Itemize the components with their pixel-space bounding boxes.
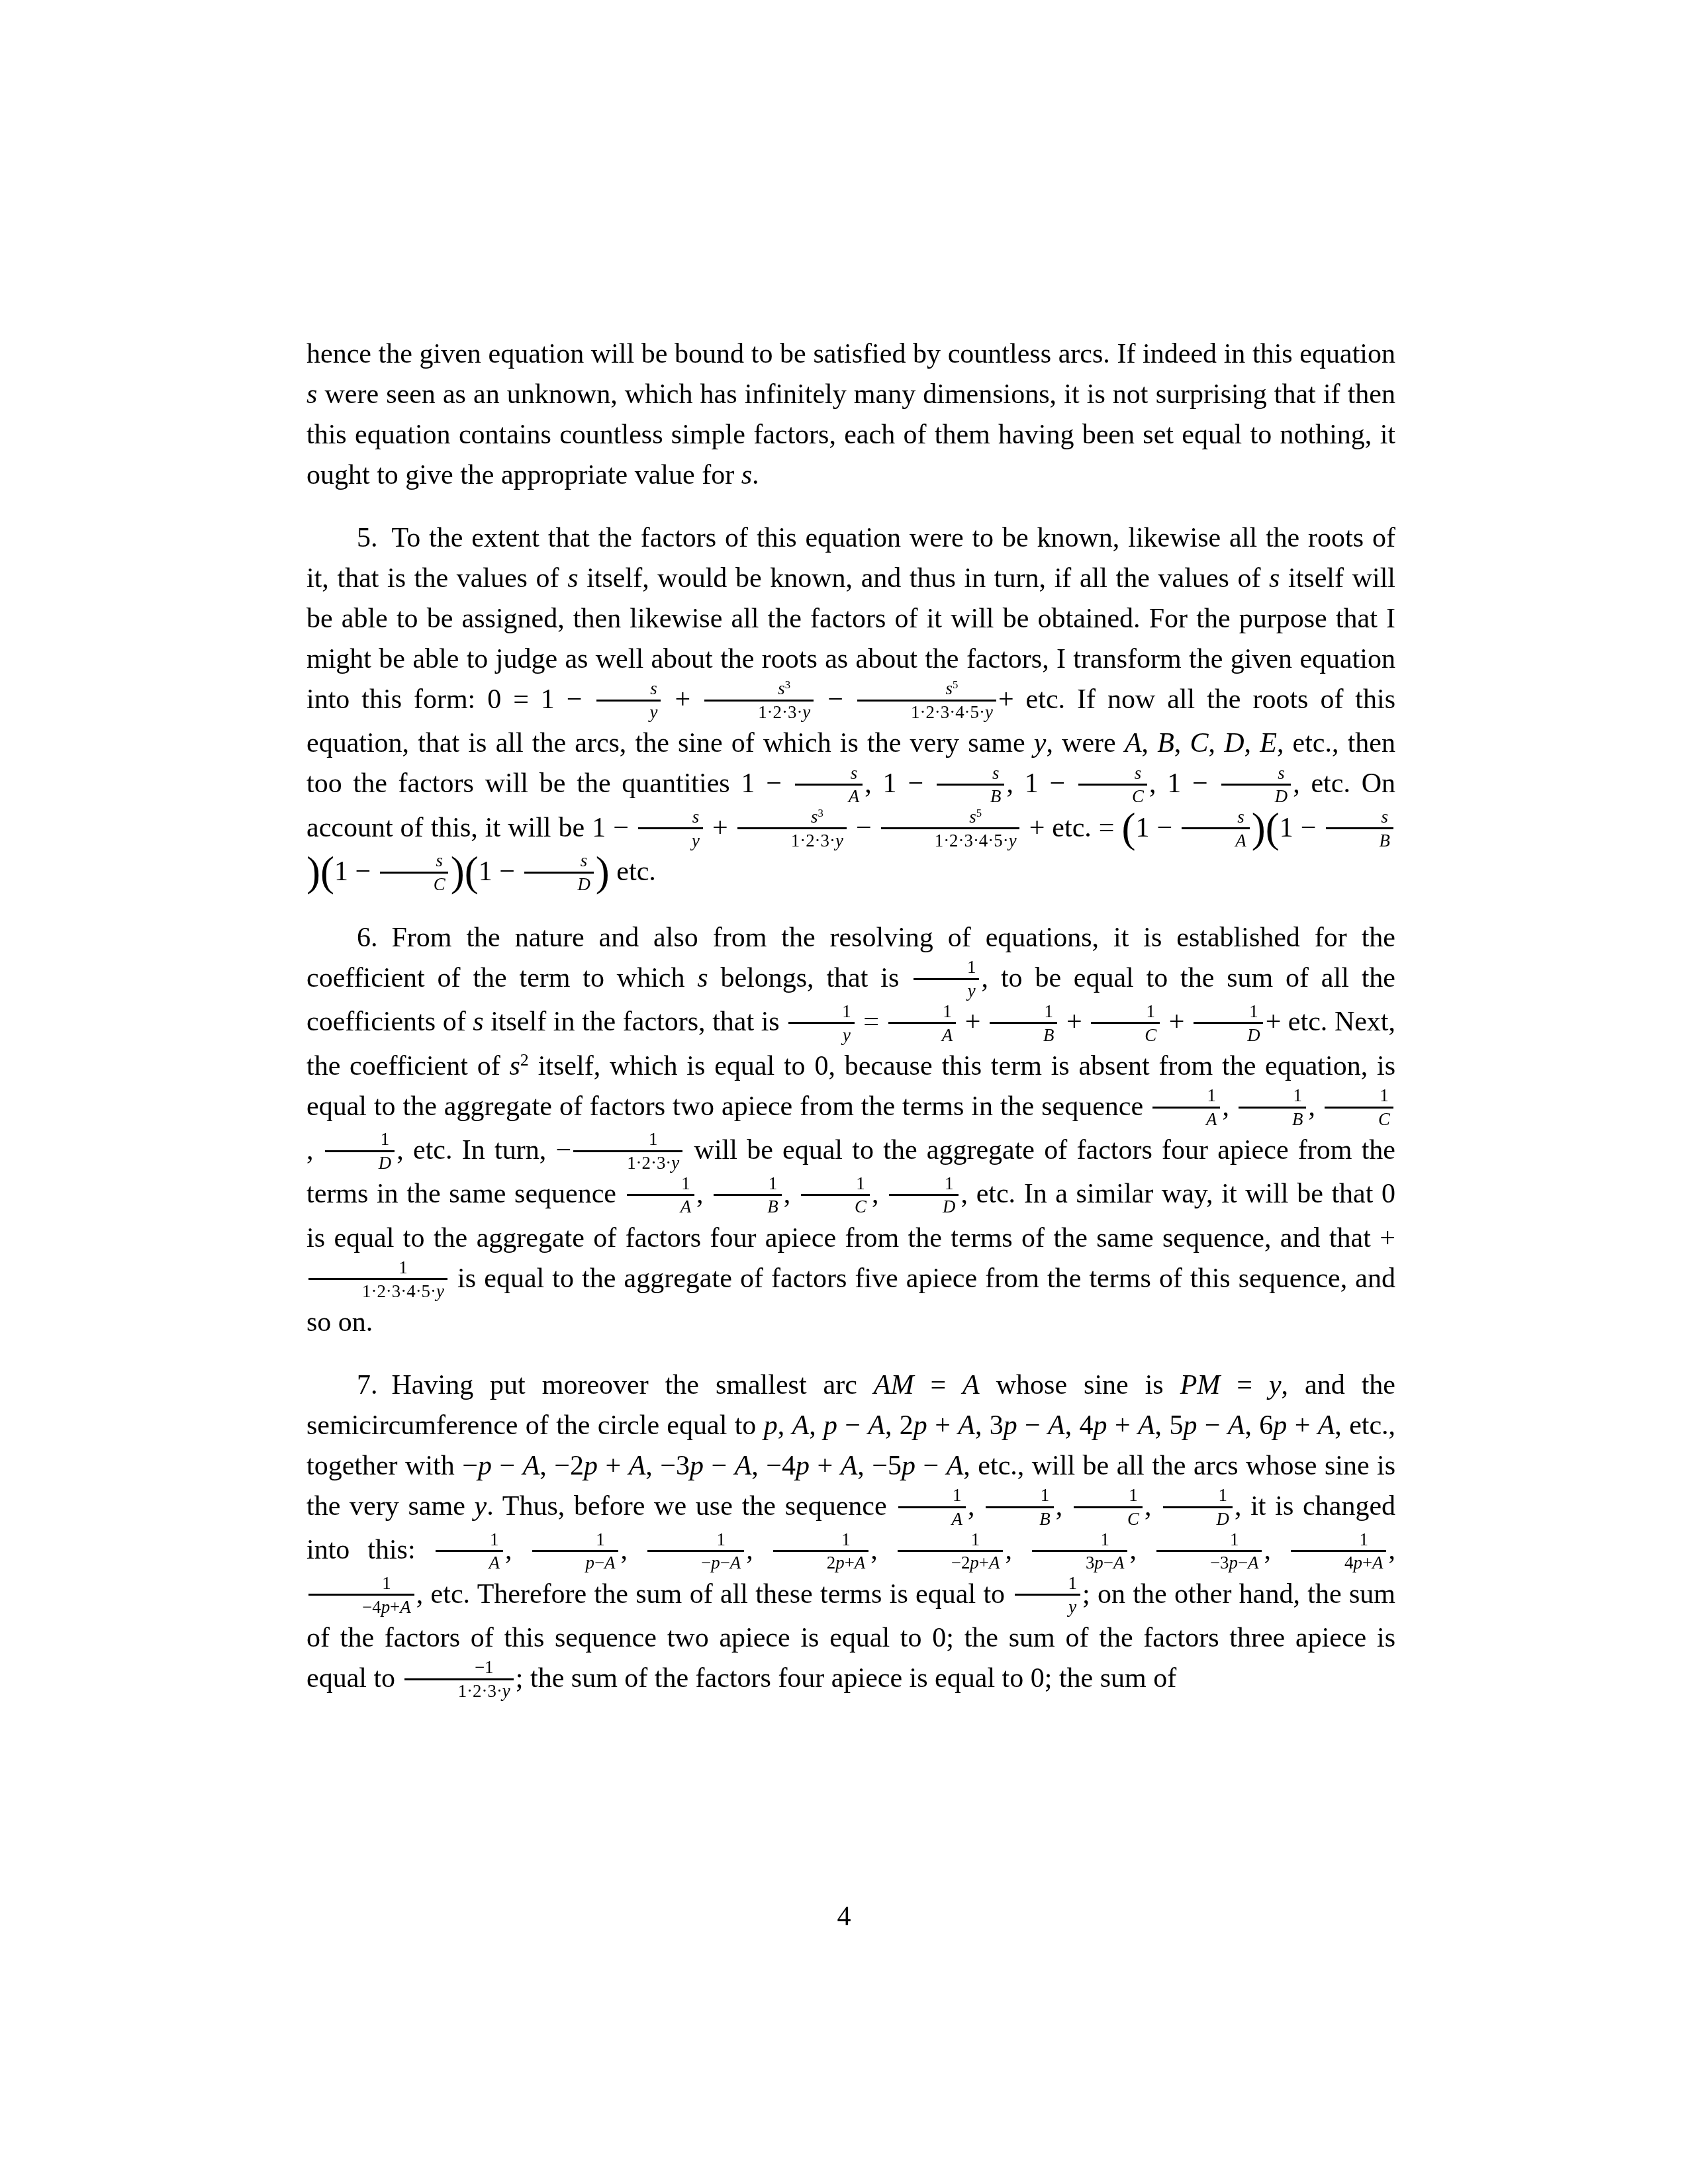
fraction: 1−4p+A xyxy=(308,1573,414,1617)
fraction-denominator: D xyxy=(1221,784,1291,806)
big-paren: )( xyxy=(306,848,334,894)
math-run: = xyxy=(857,1007,886,1037)
math-run: + xyxy=(1059,1007,1089,1037)
fraction-numerator: 1 xyxy=(1194,1001,1263,1022)
fraction: sC xyxy=(380,850,449,894)
fraction-numerator: 1 xyxy=(308,1573,414,1594)
fraction-numerator: 1 xyxy=(801,1173,870,1194)
math-run: A, B, C, D, E xyxy=(1125,728,1277,758)
fraction-denominator: A xyxy=(888,1022,956,1044)
fraction-numerator: 1 xyxy=(1152,1085,1220,1106)
fraction-numerator: s xyxy=(937,763,1004,784)
fraction-numerator: 1 xyxy=(986,1485,1053,1506)
fraction-numerator: −1 xyxy=(404,1657,514,1678)
fraction-denominator: A xyxy=(436,1550,503,1572)
fraction-numerator: 1 xyxy=(1325,1085,1393,1106)
fraction: 1C xyxy=(1091,1001,1160,1045)
fraction-denominator: 4p+A xyxy=(1291,1550,1386,1572)
text-run: , xyxy=(1264,1535,1289,1565)
fraction-numerator: 1 xyxy=(325,1129,395,1150)
fraction: 11·2·3·4·5·y xyxy=(308,1257,447,1301)
text-run: whose sine is xyxy=(980,1370,1180,1400)
text-run: etc. xyxy=(610,856,656,887)
fraction: 1D xyxy=(1163,1485,1233,1529)
math-run: + xyxy=(998,684,1014,715)
fraction: 1−p−A xyxy=(647,1529,744,1573)
fraction-denominator: 2p+A xyxy=(773,1550,868,1572)
text-run: , xyxy=(1223,1091,1237,1122)
fraction-denominator: B xyxy=(714,1194,781,1216)
fraction-denominator: D xyxy=(325,1150,395,1173)
text-run: , etc. Therefore the sum of all these te… xyxy=(416,1579,1013,1610)
fraction-denominator: B xyxy=(1326,827,1393,850)
fraction: sD xyxy=(1221,763,1291,807)
fraction-numerator: 1 xyxy=(1074,1485,1143,1506)
fraction: 1C xyxy=(1325,1085,1393,1129)
math-run: − xyxy=(849,813,879,843)
fraction: 1A xyxy=(627,1173,694,1217)
page-number: 4 xyxy=(0,1901,1688,1933)
fraction: 1B xyxy=(986,1485,1053,1529)
text-run: , xyxy=(872,1179,887,1209)
fraction-numerator: 1 xyxy=(773,1529,868,1550)
math-run: s xyxy=(741,460,752,490)
text-run: were seen as an unknown, which has infin… xyxy=(306,379,1395,490)
math-run: s xyxy=(697,963,708,993)
fraction-numerator: 1 xyxy=(1091,1001,1160,1022)
text-run: , xyxy=(696,1179,712,1209)
fraction-denominator: D xyxy=(1163,1506,1233,1529)
fraction: sA xyxy=(1182,807,1249,850)
math-run: + xyxy=(663,684,703,715)
fraction-denominator: D xyxy=(524,872,594,894)
fraction: 1C xyxy=(1074,1485,1143,1529)
fraction-denominator: 1·2·3·y xyxy=(737,827,847,850)
text-run: , xyxy=(1145,1491,1160,1522)
text-run: , xyxy=(306,1135,323,1165)
fraction-denominator: A xyxy=(795,784,863,806)
fraction: sy xyxy=(638,807,703,850)
fraction-denominator: C xyxy=(1091,1022,1160,1044)
math-run: + xyxy=(705,813,735,843)
math-run: p, A, p − A, 2p + A, 3p − A, 4p + A, 5p … xyxy=(764,1410,1335,1441)
fraction-numerator: 1 xyxy=(436,1529,503,1550)
fraction-numerator: 1 xyxy=(1156,1529,1262,1550)
fraction-denominator: 1·2·3·4·5·y xyxy=(881,827,1020,850)
fraction-numerator: s3 xyxy=(737,807,847,827)
fraction-denominator: B xyxy=(937,784,1004,806)
fraction-denominator: y xyxy=(914,978,979,1001)
text-run: , xyxy=(1389,1535,1396,1565)
fraction-denominator: A xyxy=(1182,827,1249,850)
text-run: itself in the factors, that is xyxy=(484,1007,787,1037)
fraction-denominator: 3p−A xyxy=(1032,1550,1127,1572)
math-run: PM = y xyxy=(1180,1370,1282,1400)
math-run: s xyxy=(306,379,317,410)
paragraph-5: 5. To the extent that the factors of thi… xyxy=(306,518,1395,895)
fraction: 1−2p+A xyxy=(898,1529,1003,1573)
fraction-numerator: 1 xyxy=(627,1173,694,1194)
math-run: AM = A xyxy=(874,1370,980,1400)
fraction-denominator: B xyxy=(1239,1107,1306,1129)
math-run: , 1 − xyxy=(1006,768,1076,799)
fraction: 1D xyxy=(889,1173,959,1217)
fraction-denominator: −2p+A xyxy=(898,1550,1003,1572)
fraction-denominator: y xyxy=(638,827,703,850)
fraction: 11·2·3·y xyxy=(573,1129,682,1173)
fraction-numerator: s xyxy=(524,850,594,871)
fraction: 12p+A xyxy=(773,1529,868,1573)
fraction-numerator: s xyxy=(380,850,449,871)
text-run: etc. = xyxy=(1052,813,1121,843)
fraction-denominator: A xyxy=(1152,1107,1220,1129)
paragraph-7: 7. Having put moreover the smallest arc … xyxy=(306,1365,1395,1702)
text-run: . xyxy=(752,460,759,490)
math-run: s xyxy=(567,563,578,594)
fraction: 1A xyxy=(888,1001,956,1045)
math-run: + xyxy=(1162,1007,1192,1037)
text-run: hence the given equation will be bound t… xyxy=(306,339,1395,369)
text-run: , xyxy=(1129,1535,1154,1565)
fraction-numerator: 1 xyxy=(647,1529,744,1550)
fraction: sC xyxy=(1078,763,1147,807)
text-run: , xyxy=(968,1491,984,1522)
fraction-numerator: 1 xyxy=(898,1529,1003,1550)
text-run: , xyxy=(1056,1491,1072,1522)
text-run: , xyxy=(870,1535,895,1565)
fraction: 1A xyxy=(436,1529,503,1573)
fraction-numerator: 1 xyxy=(990,1001,1057,1022)
math-run: + xyxy=(1022,813,1053,843)
fraction-denominator: B xyxy=(986,1506,1053,1529)
fraction: 1−3p−A xyxy=(1156,1529,1262,1573)
fraction: −11·2·3·y xyxy=(404,1657,514,1701)
document-page: hence the given equation will be bound t… xyxy=(0,0,1688,2184)
paragraph-4-continuation: hence the given equation will be bound t… xyxy=(306,334,1395,496)
fraction-numerator: 1 xyxy=(898,1485,966,1506)
math-run: − xyxy=(816,684,855,715)
fraction-numerator: 1 xyxy=(1239,1085,1306,1106)
math-run: −p − A, −2p + A, −3p − A, −4p + A, −5p −… xyxy=(462,1451,963,1481)
fraction-numerator: 1 xyxy=(714,1173,781,1194)
fraction-numerator: s5 xyxy=(881,807,1020,827)
fraction-denominator: p−A xyxy=(532,1550,619,1572)
fraction-numerator: 1 xyxy=(1291,1529,1386,1550)
fraction-numerator: s xyxy=(1182,807,1249,827)
fraction: s51·2·3·4·5·y xyxy=(881,807,1020,850)
text-run: , etc. In turn, xyxy=(397,1135,555,1165)
fraction-denominator: C xyxy=(801,1194,870,1216)
fraction-numerator: s xyxy=(638,807,703,827)
fraction: s51·2·3·4·5·y xyxy=(857,678,996,722)
fraction: sB xyxy=(937,763,1004,807)
fraction-numerator: s xyxy=(1221,763,1291,784)
fraction-numerator: 1 xyxy=(888,1001,956,1022)
fraction-numerator: 1 xyxy=(788,1001,854,1022)
fraction-denominator: 1·2·3·y xyxy=(704,700,814,722)
paragraph-6: 6. From the nature and also from the res… xyxy=(306,918,1395,1343)
math-run: 1 − xyxy=(741,768,792,799)
math-run: , 1 − xyxy=(1149,768,1219,799)
fraction: 1y xyxy=(914,957,979,1001)
math-run: s xyxy=(1269,563,1280,594)
math-run: 1 − xyxy=(479,856,522,887)
fraction-numerator: 1 xyxy=(1015,1573,1080,1594)
fraction-denominator: B xyxy=(990,1022,1057,1044)
fraction: 1A xyxy=(1152,1085,1220,1129)
fraction: sA xyxy=(795,763,863,807)
text-run: itself, would be known, and thus in turn… xyxy=(579,563,1269,594)
fraction: 1y xyxy=(788,1001,854,1045)
math-run: s xyxy=(473,1007,483,1037)
fraction-denominator: y xyxy=(1015,1594,1080,1616)
fraction-denominator: −4p+A xyxy=(308,1594,414,1616)
big-paren: ( xyxy=(1122,804,1136,850)
fraction: 1y xyxy=(1015,1573,1080,1617)
text-run: ; the sum of the factors four apiece is … xyxy=(516,1663,1176,1694)
text-run: belongs, that is xyxy=(708,963,912,993)
text-run: . Thus, before we use the sequence xyxy=(487,1491,896,1522)
fraction: sB xyxy=(1326,807,1393,850)
fraction-numerator: 1 xyxy=(532,1529,619,1550)
math-run: 0 = 1 − xyxy=(487,684,594,715)
big-paren: ) xyxy=(596,848,610,894)
text-run: , xyxy=(505,1535,530,1565)
math-run: y xyxy=(1034,728,1047,758)
fraction-denominator: A xyxy=(898,1506,966,1529)
fraction: 14p+A xyxy=(1291,1529,1386,1573)
fraction-numerator: 1 xyxy=(914,957,979,978)
fraction-denominator: y xyxy=(788,1022,854,1044)
fraction-denominator: C xyxy=(380,872,449,894)
math-run: 1 − xyxy=(1280,813,1324,843)
page-text-block: hence the given equation will be bound t… xyxy=(306,334,1395,1725)
fraction-numerator: 1 xyxy=(1163,1485,1233,1506)
fraction-denominator: y xyxy=(596,700,661,722)
fraction: 1D xyxy=(1194,1001,1263,1045)
big-paren: )( xyxy=(1252,804,1280,850)
fraction: 1D xyxy=(325,1129,395,1173)
fraction-denominator: 1·2·3·y xyxy=(404,1678,514,1701)
fraction: 1A xyxy=(898,1485,966,1529)
fraction: 1B xyxy=(714,1173,781,1217)
fraction-denominator: D xyxy=(889,1194,959,1216)
text-run: , xyxy=(784,1179,799,1209)
text-run: is equal to the aggregate of factors fiv… xyxy=(306,1263,1395,1338)
math-run: + xyxy=(1266,1007,1282,1037)
math-run: y xyxy=(475,1491,487,1522)
fraction-numerator: 1 xyxy=(889,1173,959,1194)
text-run: , were xyxy=(1046,728,1124,758)
fraction: 1B xyxy=(1239,1085,1306,1129)
text-run: , xyxy=(621,1535,645,1565)
fraction-denominator: D xyxy=(1194,1022,1263,1044)
text-run: , xyxy=(1005,1535,1029,1565)
fraction: sD xyxy=(524,850,594,894)
fraction-denominator: −p−A xyxy=(647,1550,744,1572)
fraction-denominator: 1·2·3·4·5·y xyxy=(857,700,996,722)
math-run: 1 − xyxy=(1136,813,1180,843)
fraction-denominator: A xyxy=(627,1194,694,1216)
fraction-numerator: s3 xyxy=(704,678,814,699)
fraction-numerator: s xyxy=(1078,763,1147,784)
fraction-denominator: C xyxy=(1325,1107,1393,1129)
fraction: s31·2·3·y xyxy=(704,678,814,722)
math-run: 1 − xyxy=(592,813,636,843)
fraction-denominator: −3p−A xyxy=(1156,1550,1262,1572)
math-run: 1 − xyxy=(334,856,378,887)
fraction: 1p−A xyxy=(532,1529,619,1573)
math-run: s2 xyxy=(509,1051,528,1081)
fraction: 13p−A xyxy=(1032,1529,1127,1573)
fraction-numerator: 1 xyxy=(308,1257,447,1278)
fraction-denominator: 1·2·3·4·5·y xyxy=(308,1278,447,1300)
text-run: , xyxy=(746,1535,771,1565)
fraction-numerator: s xyxy=(1326,807,1393,827)
fraction: 1B xyxy=(990,1001,1057,1045)
fraction: sy xyxy=(596,678,661,722)
big-paren: )( xyxy=(451,848,479,894)
fraction: 1C xyxy=(801,1173,870,1217)
math-run: + xyxy=(1380,1223,1395,1253)
fraction-numerator: s xyxy=(795,763,863,784)
fraction-denominator: C xyxy=(1078,784,1147,806)
text-run: 7. Having put moreover the smallest arc xyxy=(357,1370,874,1400)
fraction-denominator: 1·2·3·y xyxy=(573,1150,682,1173)
text-run: , xyxy=(1309,1091,1323,1122)
math-run: + xyxy=(958,1007,988,1037)
fraction-denominator: C xyxy=(1074,1506,1143,1529)
math-run: , 1 − xyxy=(865,768,935,799)
fraction-numerator: 1 xyxy=(1032,1529,1127,1550)
fraction-numerator: 1 xyxy=(573,1129,682,1150)
fraction-numerator: s xyxy=(596,678,661,699)
fraction: s31·2·3·y xyxy=(737,807,847,850)
fraction-numerator: s5 xyxy=(857,678,996,699)
math-run: − xyxy=(555,1135,571,1165)
